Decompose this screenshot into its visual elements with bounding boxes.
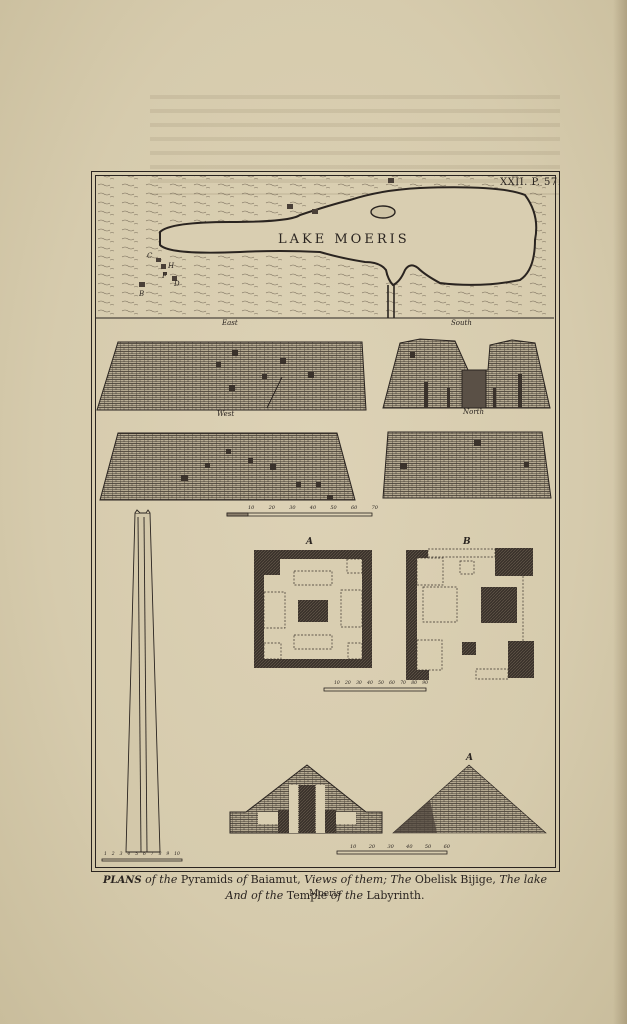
plan-b (406, 548, 534, 680)
tick: 1 (104, 852, 107, 857)
caption-text: Labyrinth (367, 889, 421, 902)
plate-number: XXII. P. 57. (500, 177, 561, 188)
site-letter-f: F (162, 272, 167, 280)
tick: 60 (444, 844, 450, 850)
tick: 50 (330, 505, 336, 511)
tick: 50 (425, 844, 431, 850)
caption-text: Obelisk Bijige, (415, 873, 496, 886)
book-page: XXII. P. 57. LAKE MOERIS C H F D B East … (0, 0, 627, 1024)
plan-b-label: B (463, 537, 471, 547)
tick: 8 (159, 852, 162, 857)
tick: 4 (127, 852, 130, 857)
site-letter-d: D (174, 280, 180, 288)
tick: 3 (120, 852, 123, 857)
engraving-artwork (0, 0, 627, 1024)
tick: 30 (289, 505, 295, 511)
lake-title: LAKE MOERIS (278, 232, 410, 247)
tick: 30 (387, 844, 393, 850)
tick: 50 (378, 681, 384, 686)
caption-text: of the (327, 889, 366, 902)
tick: 40 (406, 844, 412, 850)
site-letter-c: C (147, 252, 152, 260)
site-letter-b: B (139, 290, 144, 298)
tick: 5 (135, 852, 138, 857)
tick: 20 (269, 505, 275, 511)
obelisk-bijige (126, 510, 160, 852)
pyramid-views (97, 339, 551, 500)
compass-south: South (451, 319, 472, 327)
caption-text: Views of them; (301, 873, 391, 886)
label-north: North (463, 408, 484, 416)
caption-text: of the (142, 873, 181, 886)
tick: 10 (174, 852, 180, 857)
tick: 10 (334, 681, 340, 686)
caption-line-2: And of the Temple of the Labyrinth. (95, 889, 555, 902)
pyramid-section (230, 765, 382, 833)
compass-east: East (222, 319, 238, 327)
tick: 80 (411, 681, 417, 686)
pyramid-elevation-a (393, 765, 546, 833)
tick: 60 (389, 681, 395, 686)
tick: 10 (350, 844, 356, 850)
plan-a (254, 550, 372, 668)
tick: 6 (143, 852, 146, 857)
tick: 40 (367, 681, 373, 686)
sections-scale-labels: 10 20 30 40 50 60 (350, 844, 450, 850)
tick: 10 (248, 505, 254, 511)
caption-text: of (233, 873, 251, 886)
plans-scale-labels: 10 20 30 40 50 60 70 80 90 (334, 681, 428, 686)
caption-text: And of the (226, 889, 287, 902)
tick: 2 (112, 852, 115, 857)
caption-text: Temple (287, 889, 328, 902)
tick: 70 (400, 681, 406, 686)
obelisk-scale-labels: 1 2 3 4 5 6 7 8 9 10 (104, 852, 180, 857)
tick: 70 (372, 505, 378, 511)
tick: 20 (369, 844, 375, 850)
label-west: West (217, 410, 234, 418)
tick: 90 (422, 681, 428, 686)
tick: 20 (345, 681, 351, 686)
section-a-label: A (466, 753, 473, 763)
plan-a-label: A (306, 537, 313, 547)
caption-text: Baiamut, (251, 873, 301, 886)
lake-moeris-map (96, 176, 554, 318)
caption-text: The (390, 873, 414, 886)
caption-text: . (421, 889, 425, 902)
tick: 30 (356, 681, 362, 686)
caption-text: Pyramids (181, 873, 233, 886)
tick: 9 (166, 852, 169, 857)
views-scale-labels: 10 20 30 40 50 60 70 (248, 505, 378, 511)
tick: 7 (151, 852, 154, 857)
caption-plans: PLANS (103, 875, 142, 886)
tick: 40 (310, 505, 316, 511)
tick: 60 (351, 505, 357, 511)
caption-text: The lake (496, 873, 547, 886)
site-letter-h: H (168, 262, 174, 270)
